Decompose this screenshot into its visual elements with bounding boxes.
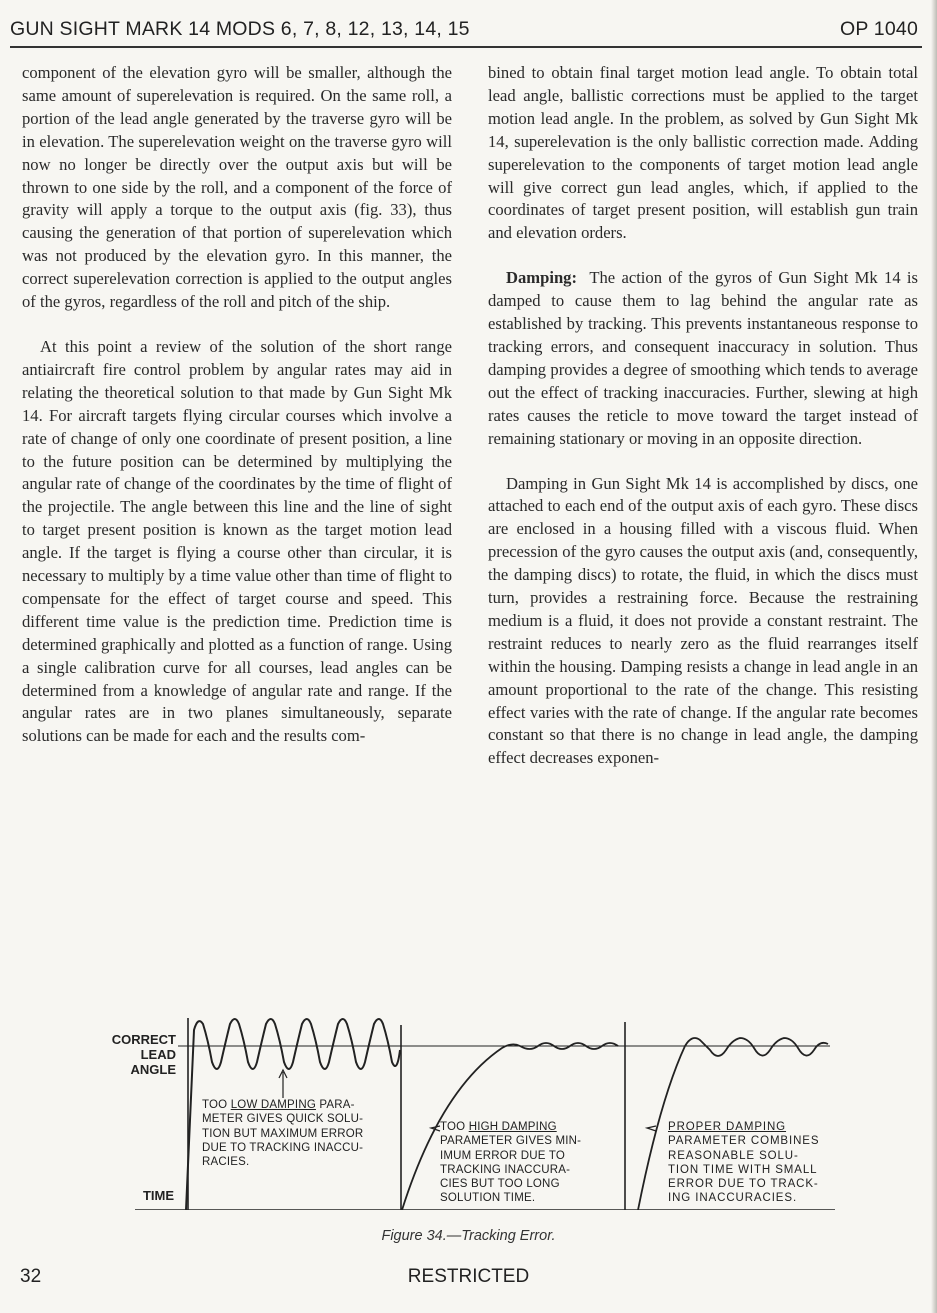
section-heading-damping: Damping: (506, 268, 577, 287)
right-column: bined to obtain final target motion lead… (488, 62, 918, 770)
paragraph-text: The action of the gyros of Gun Sight Mk … (488, 268, 918, 447)
document-code: OP 1040 (840, 18, 918, 41)
damping-paragraph: Damping: The action of the gyros of Gun … (488, 267, 918, 450)
low-damping-note: TOO LOW DAMPING PARA- METER GIVES QUICK … (202, 1098, 382, 1169)
paragraph: component of the elevation gyro will be … (22, 62, 452, 314)
page-edge-shadow (931, 0, 937, 1313)
paragraph: Damping in Gun Sight Mk 14 is accomplish… (488, 473, 918, 771)
left-column: component of the elevation gyro will be … (22, 62, 452, 748)
y-axis-label: CORRECT LEAD ANGLE (104, 1032, 176, 1077)
figure-caption: Figure 34.—Tracking Error. (0, 1228, 937, 1244)
proper-damping-note: PROPER DAMPING PARAMETER COMBINES REASON… (668, 1120, 828, 1206)
paragraph: At this point a review of the solution o… (22, 336, 452, 748)
x-axis-label: TIME (104, 1188, 174, 1203)
header-title: GUN SIGHT MARK 14 MODS 6, 7, 8, 12, 13, … (10, 18, 470, 41)
figure-tracking-error: CORRECT LEAD ANGLE TIME TOO LOW DAMPING … (100, 1010, 840, 1210)
paragraph: bined to obtain final target motion lead… (488, 62, 918, 245)
running-header: GUN SIGHT MARK 14 MODS 6, 7, 8, 12, 13, … (10, 16, 922, 48)
high-damping-note: TOO HIGH DAMPING PARAMETER GIVES MIN- IM… (440, 1120, 600, 1206)
classification-marking: RESTRICTED (0, 1266, 937, 1288)
